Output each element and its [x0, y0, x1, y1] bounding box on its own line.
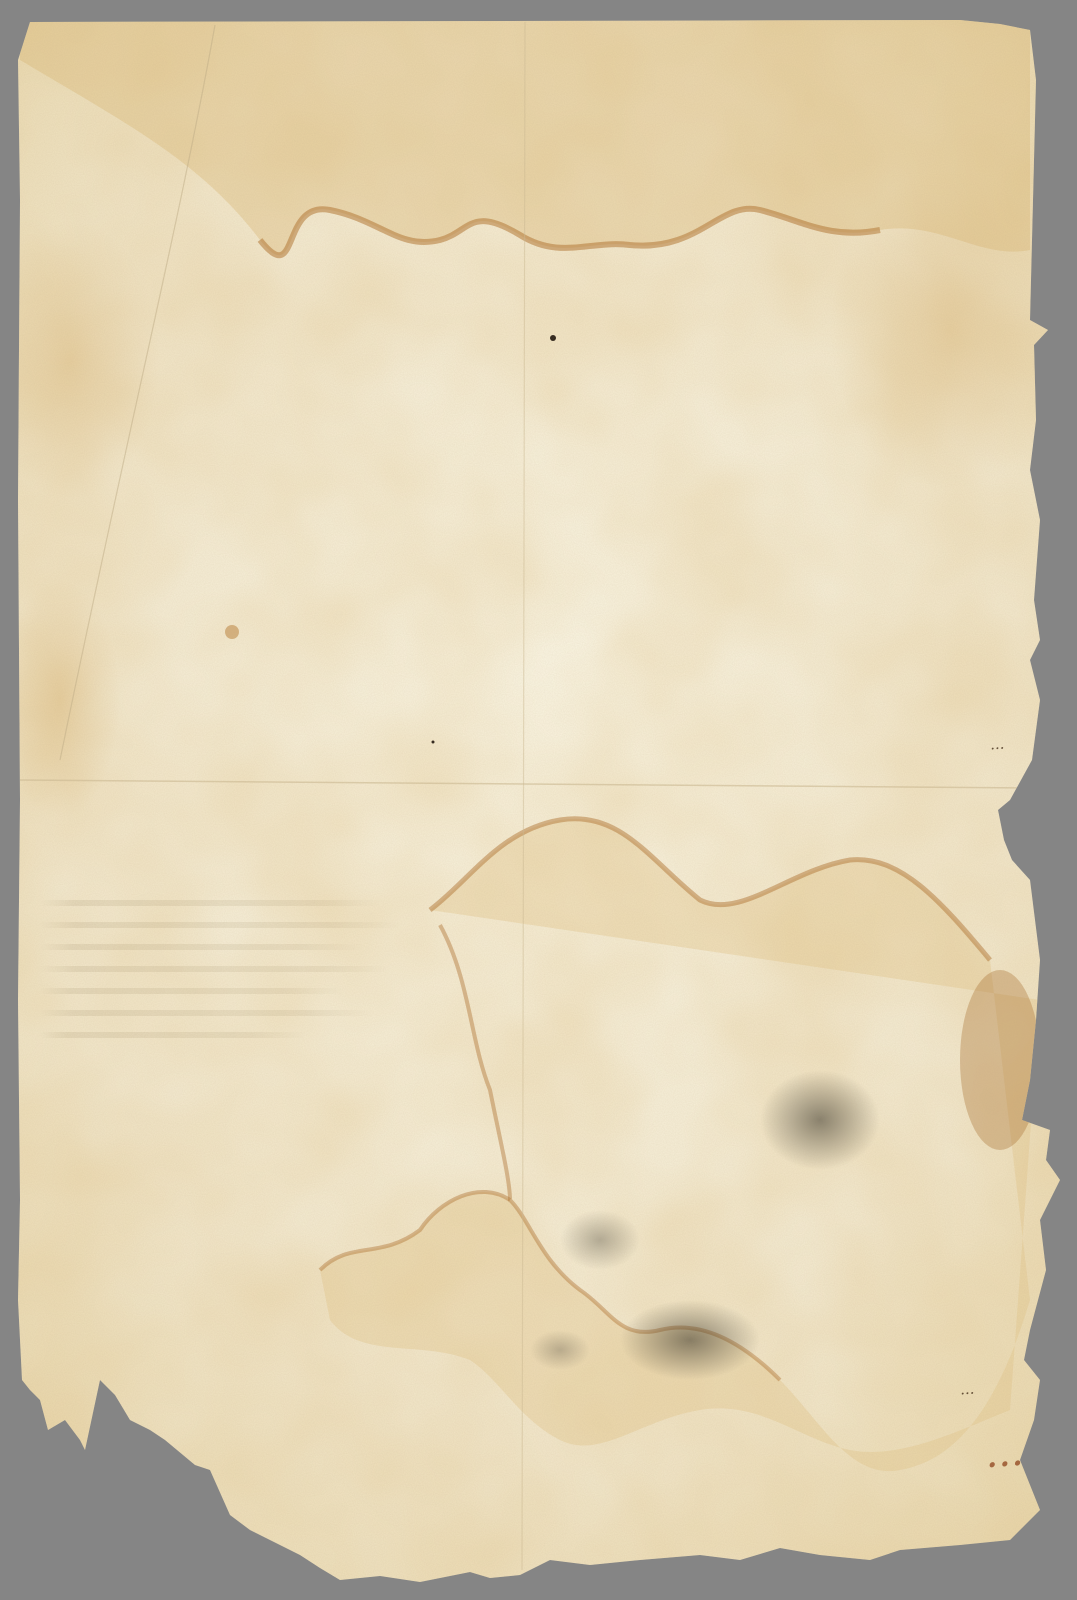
document-scan: ... ... ...	[0, 0, 1077, 1600]
paper-sheet	[0, 0, 1077, 1600]
